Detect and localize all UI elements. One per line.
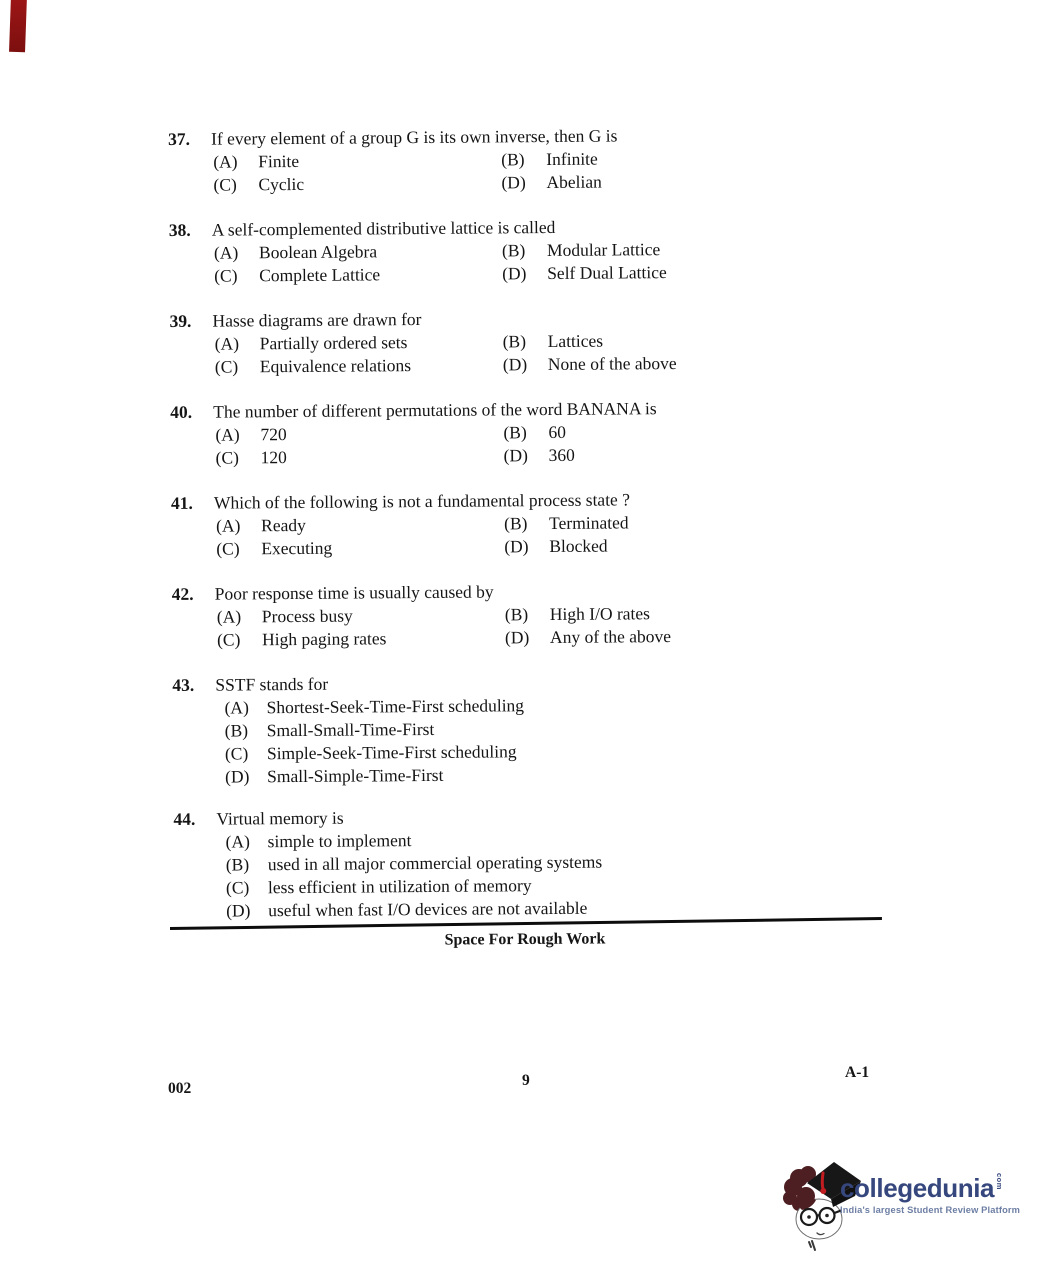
option-label: (A) (217, 605, 262, 628)
option-item: (D)Small-Simple-Time-First (225, 760, 889, 788)
option-label: (B) (503, 421, 548, 444)
option-item: (D)Any of the above (505, 623, 888, 649)
question-block: 40.The number of different permutations … (170, 395, 887, 470)
option-label: (C) (225, 742, 267, 765)
option-label: (A) (226, 830, 268, 853)
logo-text-block: collegeduniacom India's largest Student … (840, 1173, 1036, 1215)
option-item: (D)360 (503, 441, 886, 467)
option-label: (B) (505, 603, 550, 626)
footer-page-number: 9 (522, 1072, 530, 1090)
questions-area: 37.If every element of a group G is its … (168, 122, 890, 942)
option-text: Infinite (546, 145, 884, 171)
option-text: 60 (548, 418, 886, 444)
options-list: (A)Boolean Algebra(B)Modular Lattice(C)C… (214, 236, 885, 287)
option-label: (A) (213, 150, 258, 173)
rough-work-heading: Space For Rough Work (168, 929, 882, 952)
mascot-right-eye (825, 1214, 829, 1218)
question-block: 43.SSTF stands for(A)Shortest-Seek-Time-… (172, 668, 889, 789)
question-number: 42. (172, 583, 194, 606)
option-text: Boolean Algebra (259, 239, 502, 264)
option-text: 720 (260, 421, 503, 446)
option-item: (D)Abelian (501, 168, 884, 194)
option-item: (C)120 (216, 444, 504, 469)
option-label: (C) (213, 173, 258, 196)
mascot-tassel (822, 1173, 823, 1189)
option-label: (B) (504, 512, 549, 535)
question-block: 44.Virtual memory is(A)simple to impleme… (173, 802, 890, 923)
option-item: (B)60 (503, 418, 886, 444)
option-text: Partially ordered sets (260, 330, 503, 355)
option-item: (B)Modular Lattice (502, 236, 885, 262)
option-text: Executing (261, 535, 504, 560)
option-text: High paging rates (262, 626, 505, 651)
question-number: 43. (172, 674, 194, 697)
question-number: 44. (173, 808, 195, 831)
option-text: Self Dual Lattice (547, 259, 885, 285)
question-number: 37. (168, 128, 190, 151)
options-list: (A)simple to implement(B)used in all maj… (226, 825, 891, 922)
footer-set-code: A-1 (845, 1064, 869, 1082)
question-block: 41.Which of the following is not a funda… (171, 486, 888, 561)
option-text: Cyclic (258, 171, 501, 196)
option-label: (C) (226, 876, 268, 899)
logo-wordmark: collegedunia (840, 1173, 994, 1203)
option-text: Ready (261, 512, 504, 537)
option-item: (D)None of the above (503, 350, 886, 376)
option-label: (A) (214, 241, 259, 264)
option-text: High I/O rates (550, 600, 888, 626)
logo-tagline: India's largest Student Review Platform (840, 1205, 1036, 1215)
option-item: (D)Self Dual Lattice (502, 259, 885, 285)
red-corner-ribbon (9, 0, 27, 52)
option-label: (B) (225, 719, 267, 742)
option-label: (D) (503, 444, 548, 467)
option-label: (D) (501, 171, 546, 194)
option-item: (C)Executing (216, 535, 504, 560)
mascot-left-eye (807, 1215, 811, 1219)
option-item: (A)Boolean Algebra (214, 239, 502, 264)
option-label: (A) (216, 514, 261, 537)
option-label: (D) (503, 353, 548, 376)
question-number: 40. (170, 401, 192, 424)
option-text: Blocked (549, 532, 887, 558)
option-label: (C) (216, 446, 261, 469)
option-item: (D)Blocked (504, 532, 887, 558)
option-text: Small-Simple-Time-First (267, 760, 889, 788)
question-block: 42.Poor response time is usually caused … (172, 577, 889, 652)
option-text: Any of the above (550, 623, 888, 649)
option-label: (D) (504, 535, 549, 558)
option-text: Terminated (549, 509, 887, 535)
option-text: Modular Lattice (547, 236, 885, 262)
mascot-tassel-tip (820, 1188, 826, 1194)
option-item: (A)720 (215, 421, 503, 446)
option-item: (C)Cyclic (213, 171, 501, 196)
option-item: (B)Terminated (504, 509, 887, 535)
option-label: (A) (215, 423, 260, 446)
mascot-chin-tuft (809, 1241, 815, 1250)
question-block: 38.A self-complemented distributive latt… (169, 213, 886, 288)
option-item: (A)Finite (213, 148, 501, 173)
question-block: 37.If every element of a group G is its … (168, 122, 885, 197)
option-label: (C) (216, 537, 261, 560)
options-list: (A)Ready(B)Terminated(C)Executing(D)Bloc… (216, 509, 887, 560)
option-label: (C) (214, 264, 259, 287)
question-number: 41. (171, 492, 193, 515)
option-label: (D) (505, 626, 550, 649)
option-item: (B)Lattices (503, 327, 886, 353)
option-label: (A) (215, 332, 260, 355)
option-item: (B)High I/O rates (505, 600, 888, 626)
option-item: (C)High paging rates (217, 626, 505, 651)
logo-tld: com (995, 1173, 1004, 1195)
option-item: (A)Process busy (217, 603, 505, 628)
option-label: (D) (225, 765, 267, 788)
option-text: Equivalence relations (260, 353, 503, 378)
option-label: (B) (226, 853, 268, 876)
option-label: (B) (503, 330, 548, 353)
option-label: (D) (226, 899, 268, 922)
option-label: (C) (217, 628, 262, 651)
options-list: (A)Finite(B)Infinite(C)Cyclic(D)Abelian (213, 145, 884, 196)
option-item: (C)Equivalence relations (215, 353, 503, 378)
question-block: 39.Hasse diagrams are drawn for(A)Partia… (169, 304, 886, 379)
option-text: Finite (258, 148, 501, 173)
option-text: Process busy (262, 603, 505, 628)
question-number: 39. (169, 310, 191, 333)
option-label: (D) (502, 262, 547, 285)
option-text: Lattices (548, 327, 886, 353)
footer-booklet-code: 002 (168, 1080, 191, 1098)
option-item: (A)Ready (216, 512, 504, 537)
option-item: (C)Complete Lattice (214, 262, 502, 287)
collegedunia-logo: collegeduniacom India's largest Student … (778, 1156, 1038, 1256)
option-label: (B) (502, 239, 547, 262)
option-text: Complete Lattice (259, 262, 502, 287)
options-list: (A)720(B)60(C)120(D)360 (215, 418, 886, 469)
option-text: Abelian (546, 168, 884, 194)
option-text: 120 (261, 444, 504, 469)
option-label: (B) (501, 148, 546, 171)
options-list: (A)Shortest-Seek-Time-First scheduling(B… (224, 691, 889, 788)
option-item: (B)Infinite (501, 145, 884, 171)
option-label: (C) (215, 355, 260, 378)
question-number: 38. (169, 219, 191, 242)
options-list: (A)Partially ordered sets(B)Lattices(C)E… (215, 327, 886, 378)
option-label: (A) (224, 696, 266, 719)
option-text: 360 (548, 441, 886, 467)
option-text: None of the above (548, 350, 886, 376)
options-list: (A)Process busy(B)High I/O rates(C)High … (217, 600, 888, 651)
option-item: (A)Partially ordered sets (215, 330, 503, 355)
